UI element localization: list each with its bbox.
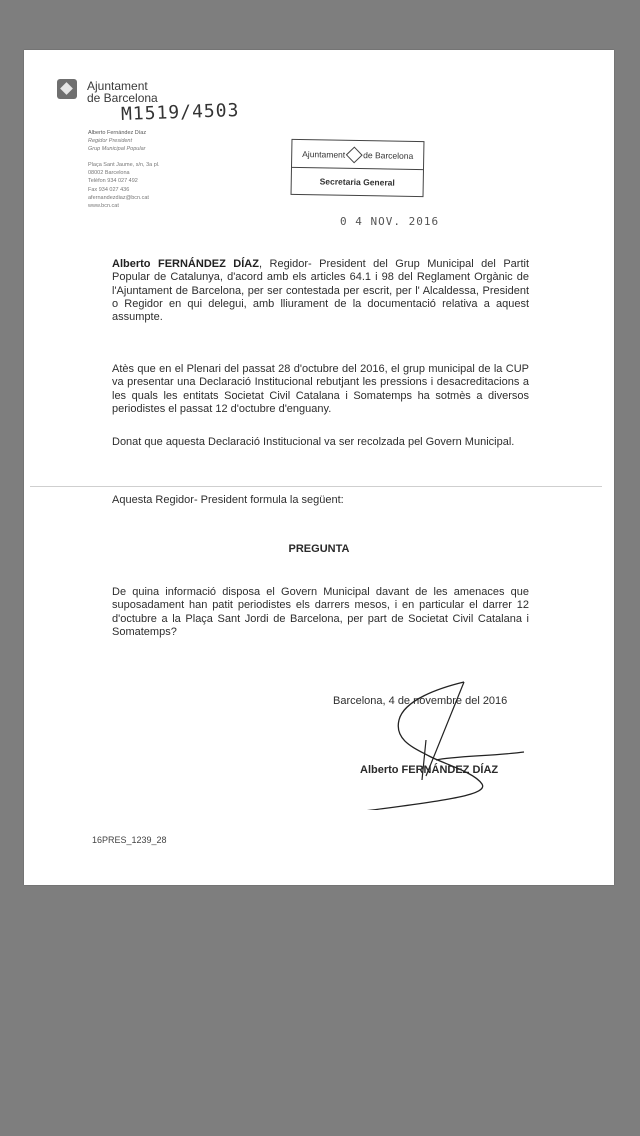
handwritten-reference: M1519/4503 (121, 100, 240, 125)
email-line: afernandezdiaz@bcn.cat (88, 194, 160, 202)
sender-block: Alberto Fernández Díaz Regidor President… (88, 129, 146, 153)
paragraph-formula: Aquesta Regidor- President formula la se… (112, 494, 529, 507)
website-line: www.bcn.cat (88, 202, 160, 210)
question-heading: PREGUNTA (24, 543, 614, 555)
stamp-department: Secretaria General (292, 168, 423, 196)
stamp-header: Ajuntament de Barcelona (292, 140, 423, 170)
address-line: Plaça Sant Jaume, s/n, 3a pl. (88, 161, 160, 169)
intro-paragraph: Alberto FERNÁNDEZ DÍAZ, Regidor- Preside… (112, 258, 529, 324)
sender-group: Grup Municipal Popular (88, 145, 146, 153)
question-text: De quina informació disposa el Govern Mu… (112, 586, 529, 639)
sender-address: Plaça Sant Jaume, s/n, 3a pl. 08002 Barc… (88, 161, 160, 210)
signer-name: Alberto FERNÁNDEZ DÍAZ (360, 764, 498, 776)
scanned-document-page: Ajuntament de Barcelona M1519/4503 Alber… (24, 50, 614, 885)
phone-line: Telèfon 934 027 492 (88, 177, 160, 185)
stamp-org-right: de Barcelona (363, 150, 413, 161)
place-and-date: Barcelona, 4 de novembre del 2016 (333, 695, 507, 707)
sender-name: Alberto Fernández Díaz (88, 129, 146, 137)
paragraph-support: Donat que aquesta Declaració Institucion… (112, 436, 529, 449)
organization-name: Ajuntament de Barcelona (87, 80, 158, 104)
stamp-org-left: Ajuntament (302, 149, 345, 160)
address-line: 08002 Barcelona (88, 169, 160, 177)
sender-role: Regidor President (88, 137, 146, 145)
reception-stamp: Ajuntament de Barcelona Secretaria Gener… (291, 139, 425, 197)
document-reference-code: 16PRES_1239_28 (92, 835, 167, 845)
intro-name: Alberto FERNÁNDEZ DÍAZ (112, 258, 259, 270)
stamp-date: 0 4 NOV. 2016 (340, 215, 439, 228)
barcelona-coat-of-arms-icon (57, 79, 77, 99)
scan-fold-line (30, 486, 602, 487)
paragraph-context: Atès que en el Plenari del passat 28 d'o… (112, 363, 529, 416)
fax-line: Fax 934 027 436 (88, 186, 160, 194)
stamp-emblem-icon (346, 146, 363, 163)
